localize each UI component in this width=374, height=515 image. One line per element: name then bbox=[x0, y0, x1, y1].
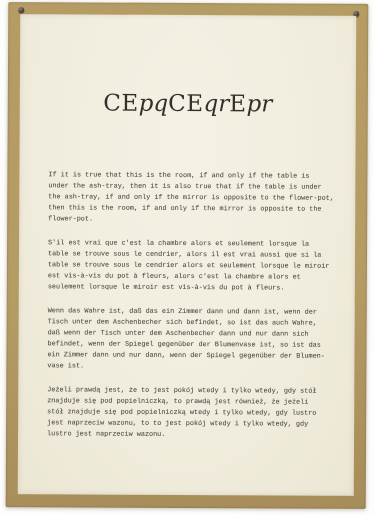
title-segment-roman: CE bbox=[168, 91, 204, 117]
title-segment-roman: E bbox=[229, 91, 246, 117]
text-line: vase ist. bbox=[47, 361, 336, 374]
artwork-photo: CEpqCEqrEpr If it is true that this is t… bbox=[0, 0, 374, 515]
push-pin-top-left bbox=[18, 7, 24, 13]
paragraph-french: S'il est vrai que c'est la chambre alors… bbox=[48, 238, 337, 295]
typewritten-paragraphs: If it is true that this is the room, if … bbox=[47, 170, 337, 442]
paragraph-english: If it is true that this is the room, if … bbox=[48, 170, 337, 227]
paper-sheet: CEpqCEqrEpr If it is true that this is t… bbox=[18, 14, 357, 496]
paragraph-polish: Jeżeli prawdą jest, że to jest pokój wte… bbox=[47, 385, 336, 442]
title-segment-roman: CE bbox=[103, 91, 139, 117]
title-segment-italic: qr bbox=[203, 91, 229, 117]
text-line: flower-pot. bbox=[48, 214, 337, 227]
text-line: lustro jest naprzeciw wazonu. bbox=[47, 429, 336, 442]
paragraph-german: Wenn das Wahre ist, daß das ein Zimmer d… bbox=[47, 306, 336, 374]
artwork-title: CEpqCEqrEpr bbox=[20, 90, 356, 119]
text-line: ein Zimmer dann und nur dann, wenn der S… bbox=[47, 350, 336, 363]
text-line: seulement lorsque le miroir est vis-à-vi… bbox=[48, 282, 337, 295]
title-segment-italic: pq bbox=[139, 91, 169, 117]
framed-artwork: CEpqCEqrEpr If it is true that this is t… bbox=[6, 2, 369, 509]
title-segment-italic: pr bbox=[246, 91, 272, 117]
